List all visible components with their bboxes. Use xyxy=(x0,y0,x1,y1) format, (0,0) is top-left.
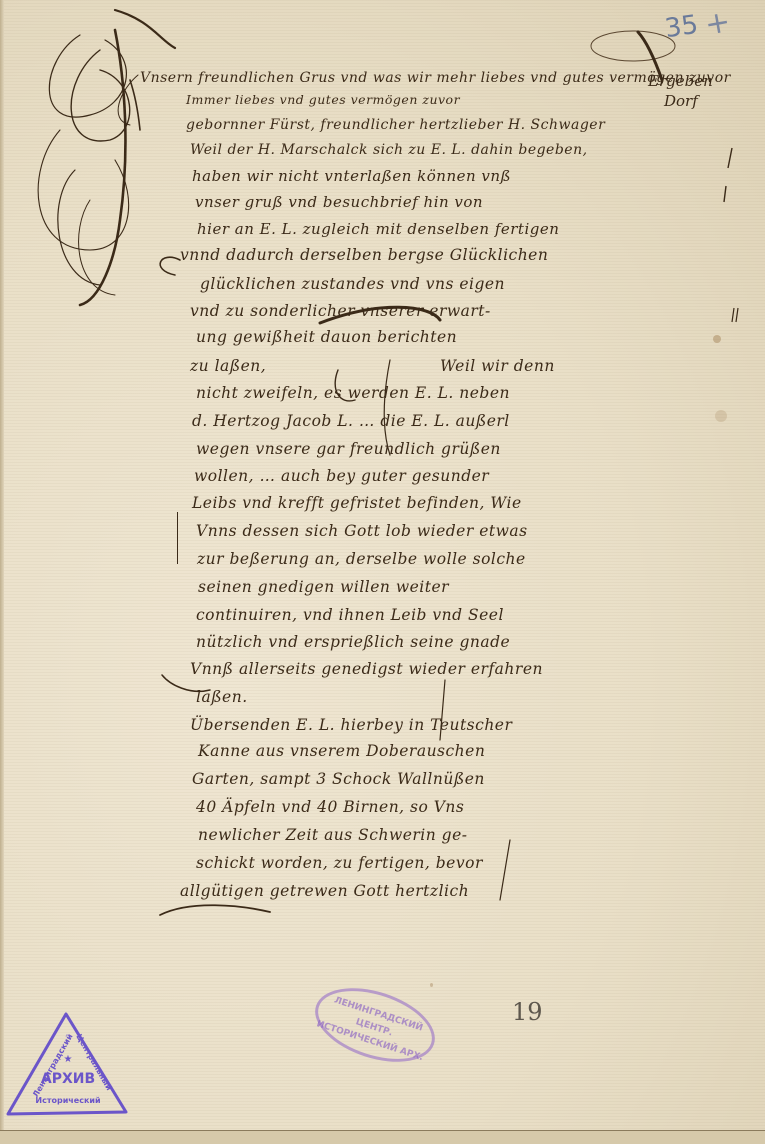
script-descenders xyxy=(150,240,750,940)
text-line-5: haben wir nicht vnterlaßen können vnß xyxy=(192,167,511,185)
archive-stamp-triangle: Ленинградский Центральный ★ АРХИВ Истори… xyxy=(6,1010,130,1118)
text-line-6: vnser gruß vnd besuchbrief hin von xyxy=(195,193,483,211)
page-number: 19 xyxy=(512,998,543,1026)
text-line-7: hier an E. L. zugleich mit denselben fer… xyxy=(197,220,559,238)
svg-text:АРХИВ: АРХИВ xyxy=(41,1071,95,1087)
text-line-1: Vnsern freundlichen Grus vnd was wir meh… xyxy=(140,70,731,86)
text-line-2: Immer liebes vnd gutes vermögen zuvor xyxy=(186,92,460,107)
paper-stain xyxy=(430,983,433,987)
paper-stain xyxy=(715,410,727,422)
manuscript-page: 35 + Ergeben Dorf Vnsern freundlichen Gr… xyxy=(0,0,765,1144)
page-bottom-edge xyxy=(0,1130,765,1144)
text-line-3: gebornner Fürst, freundlicher hertzliebe… xyxy=(186,117,605,133)
svg-text:★: ★ xyxy=(64,1054,73,1065)
paper-stain xyxy=(713,335,721,343)
text-line-4: Weil der H. Marschalck sich zu E. L. dah… xyxy=(190,142,588,158)
svg-text:Исторический: Исторический xyxy=(35,1096,100,1105)
